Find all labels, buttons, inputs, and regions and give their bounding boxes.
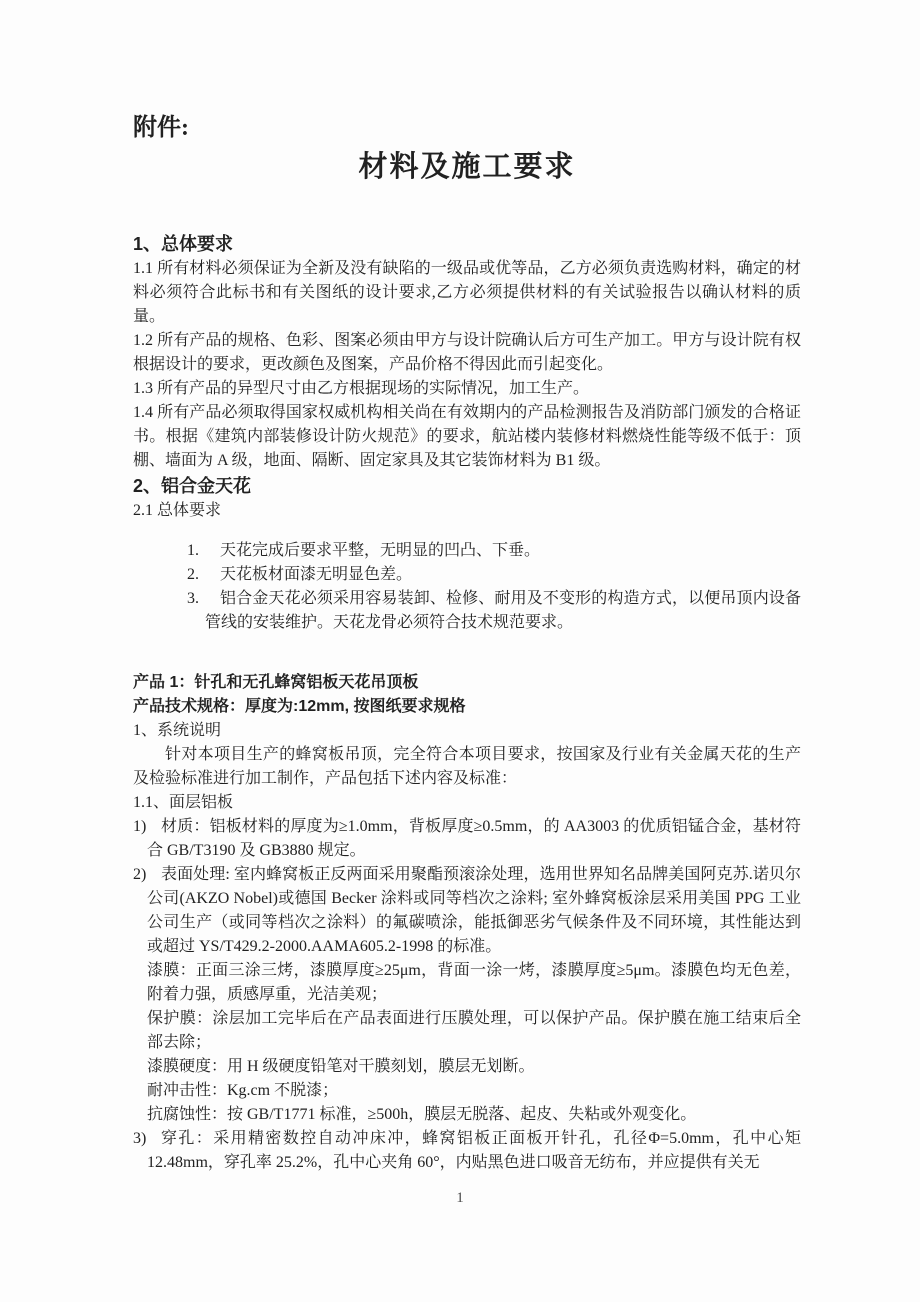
page-number: 1 — [0, 1186, 920, 1210]
product-1-spec: 产品技术规格：厚度为:12mm, 按图纸要求规格 — [133, 695, 801, 719]
list-item: 2. 天花板材面漆无明显色差。 — [133, 563, 801, 587]
paragraph-1-4: 1.4 所有产品必须取得国家权威机构相关尚在有效期内的产品检测报告及消防部门颁发… — [133, 401, 801, 473]
paragraph-1-2: 1.2 所有产品的规格、色彩、图案必须由甲方与设计院确认后方可生产加工。甲方与设… — [133, 329, 801, 377]
spec-item-text: 材质：铝板材料的厚度为≥1.0mm，背板厚度≥0.5mm，的 AA3003 的优… — [147, 815, 801, 863]
surface-layer-heading: 1.1、面层铝板 — [133, 791, 801, 815]
list-item-text: 铝合金天花必须采用容易装卸、检修、耐用及不变形的构造方式，以便吊顶内设备管线的安… — [205, 590, 801, 631]
spec-sub-paragraph: 耐冲击性：Kg.cm 不脱漆； — [147, 1079, 801, 1103]
spec-item-text: 表面处理: 室内蜂窝板正反两面采用聚酯预滚涂处理，选用世界知名品牌美国阿克苏.诺… — [147, 863, 801, 959]
spec-item-number: 3) — [133, 1127, 146, 1151]
list-item-number: 2. — [187, 563, 199, 587]
spec-item: 2) 表面处理: 室内蜂窝板正反两面采用聚酯预滚涂处理，选用世界知名品牌美国阿克… — [133, 863, 801, 1127]
spec-sub-paragraph: 漆膜：正面三涂三烤，漆膜厚度≥25μm，背面一涂一烤，漆膜厚度≥5μm。漆膜色均… — [147, 959, 801, 1007]
spec-sub-paragraph: 保护膜：涂层加工完毕后在产品表面进行压膜处理，可以保护产品。保护膜在施工结束后全… — [147, 1007, 801, 1055]
paragraph-1-3: 1.3 所有产品的异型尺寸由乙方根据现场的实际情况，加工生产。 — [133, 377, 801, 401]
document-content: 附件: 材料及施工要求 1、总体要求 1.1 所有材料必须保证为全新及没有缺陷的… — [133, 0, 801, 1175]
list-item-number: 3. — [187, 587, 199, 611]
list-item: 1. 天花完成后要求平整，无明显的凹凸、下垂。 — [133, 539, 801, 563]
list-item-text: 天花完成后要求平整，无明显的凹凸、下垂。 — [220, 542, 540, 559]
system-description-heading: 1、系统说明 — [133, 719, 801, 743]
spec-item: 3) 穿孔：采用精密数控自动冲床冲，蜂窝铝板正面板开针孔，孔径Φ=5.0mm，孔… — [133, 1127, 801, 1175]
spec-item-number: 1) — [133, 815, 146, 839]
section-1-heading: 1、总体要求 — [133, 231, 801, 257]
spec-item-number: 2) — [133, 863, 146, 887]
requirements-list: 1. 天花完成后要求平整，无明显的凹凸、下垂。 2. 天花板材面漆无明显色差。 … — [133, 539, 801, 635]
list-item: 3. 铝合金天花必须采用容易装卸、检修、耐用及不变形的构造方式，以便吊顶内设备管… — [133, 587, 801, 635]
section-2-subheading: 2.1 总体要求 — [133, 499, 801, 523]
list-item-text: 天花板材面漆无明显色差。 — [220, 566, 412, 583]
system-description-paragraph: 针对本项目生产的蜂窝板吊顶，完全符合本项目要求，按国家及行业有关金属天花的生产及… — [133, 743, 801, 791]
spec-sub-paragraph: 抗腐蚀性：按 GB/T1771 标准，≥500h，膜层无脱落、起皮、失粘或外观变… — [147, 1103, 801, 1127]
product-1-heading: 产品 1：针孔和无孔蜂窝铝板天花吊顶板 — [133, 671, 801, 695]
spec-sub-paragraph: 漆膜硬度：用 H 级硬度铅笔对干膜刻划，膜层无划断。 — [147, 1055, 801, 1079]
paragraph-1-1: 1.1 所有材料必须保证为全新及没有缺陷的一级品或优等品，乙方必须负责选购材料，… — [133, 257, 801, 329]
attachment-label: 附件: — [133, 112, 801, 144]
spec-item: 1) 材质：铝板材料的厚度为≥1.0mm，背板厚度≥0.5mm，的 AA3003… — [133, 815, 801, 863]
document-title: 材料及施工要求 — [133, 150, 801, 184]
document-page: 附件: 材料及施工要求 1、总体要求 1.1 所有材料必须保证为全新及没有缺陷的… — [0, 0, 920, 1302]
product-1-block: 产品 1：针孔和无孔蜂窝铝板天花吊顶板 产品技术规格：厚度为:12mm, 按图纸… — [133, 671, 801, 1175]
section-2-heading: 2、铝合金天花 — [133, 473, 801, 499]
list-item-number: 1. — [187, 539, 199, 563]
spec-item-text: 穿孔：采用精密数控自动冲床冲，蜂窝铝板正面板开针孔，孔径Φ=5.0mm，孔中心矩… — [147, 1127, 801, 1175]
